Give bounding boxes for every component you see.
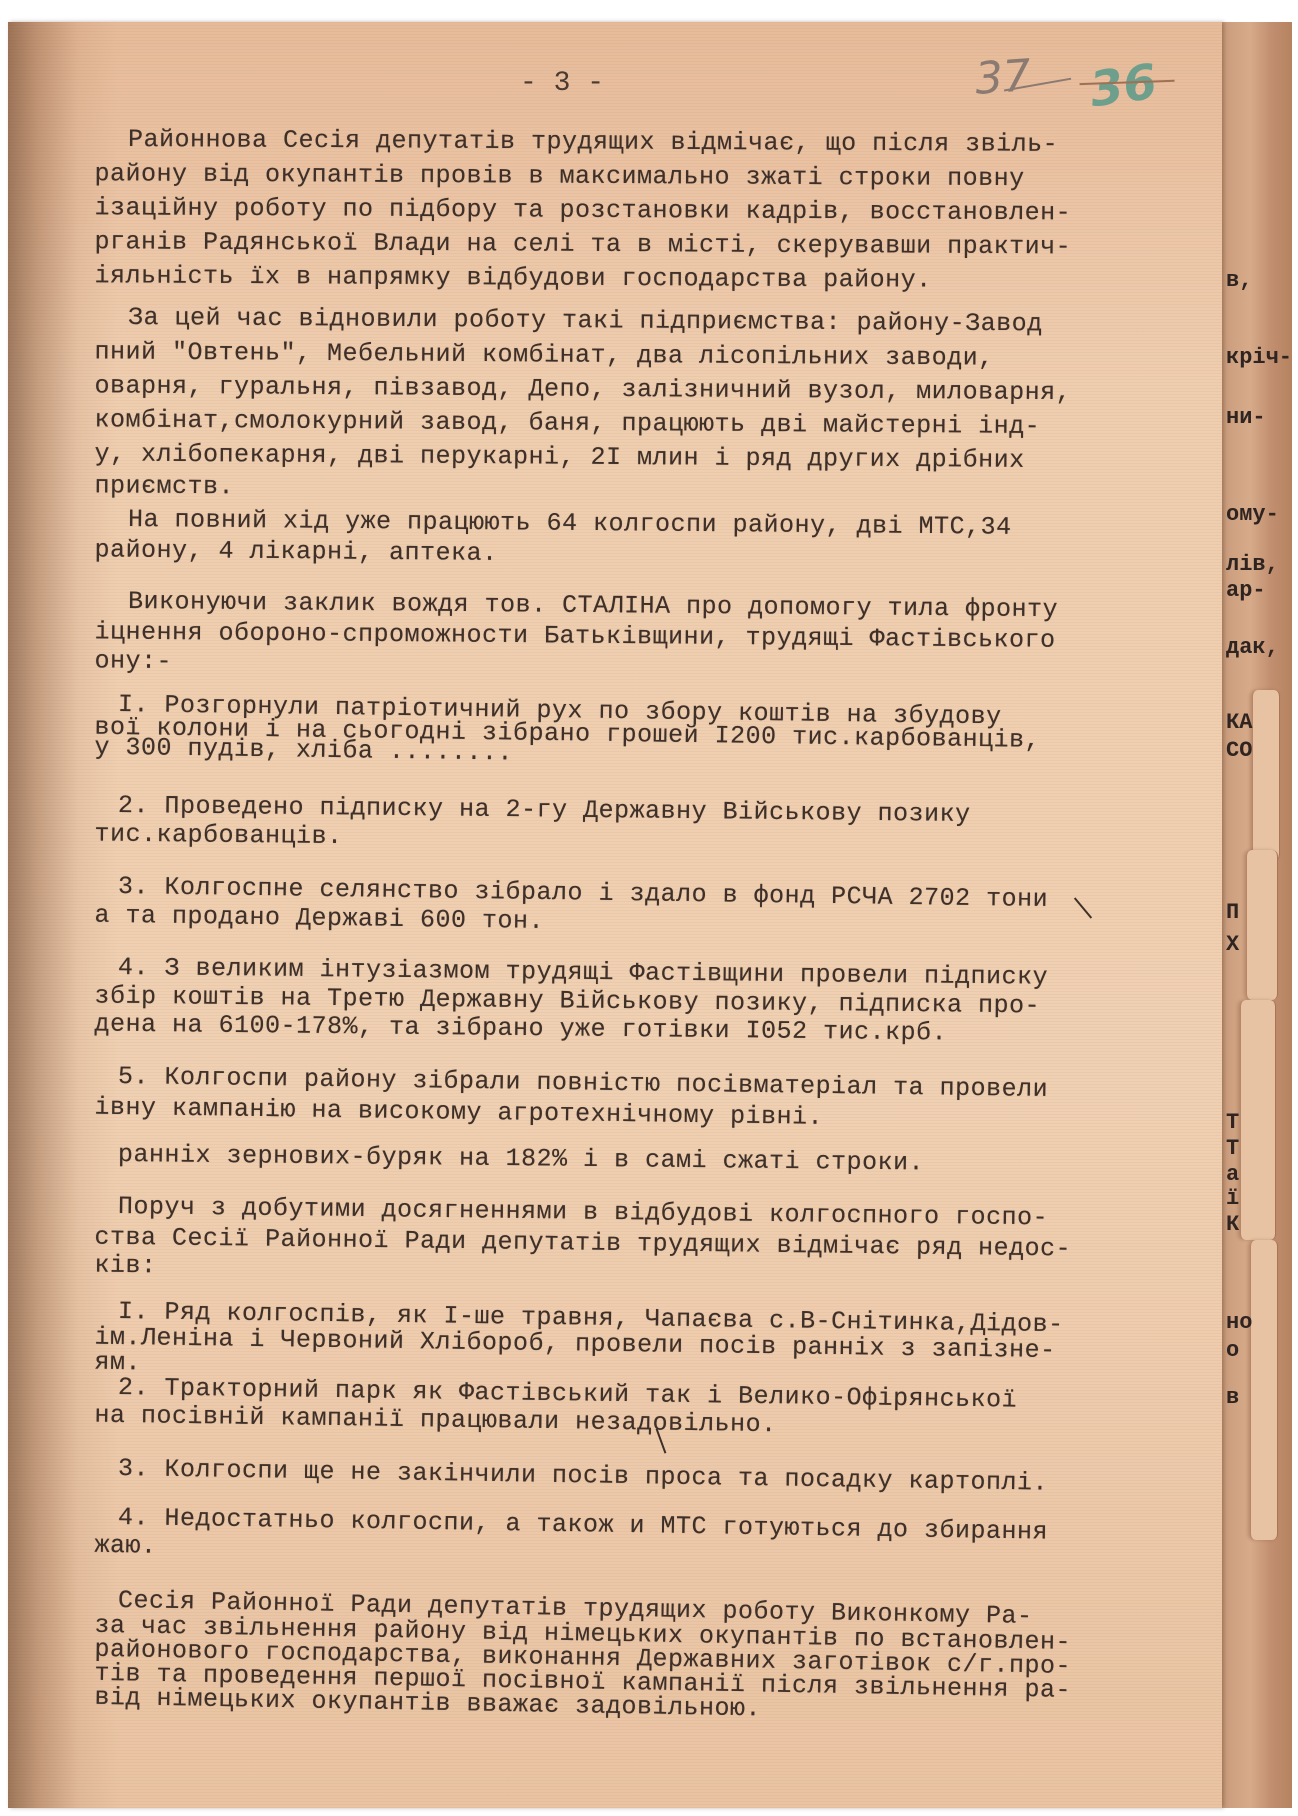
margin-fragment: лів, xyxy=(1226,552,1279,577)
torn-page-fold xyxy=(1246,850,1278,1000)
margin-fragment: К xyxy=(1226,1212,1239,1237)
text-line: жаю. xyxy=(48,1530,157,1561)
margin-fragment: Т xyxy=(1226,1136,1239,1161)
margin-fragment: ар- xyxy=(1226,578,1266,603)
text-line: Районнова Сесія депутатів трудящих відмі… xyxy=(128,125,1058,159)
margin-fragment: но xyxy=(1226,1310,1252,1335)
margin-fragment: в xyxy=(1226,1385,1239,1410)
text-line: іяльність їх в напрямку відбудови господ… xyxy=(48,261,932,295)
text-line: тис.карбованців. xyxy=(48,819,343,851)
margin-fragment: дак, xyxy=(1226,635,1279,660)
margin-fragment: КА xyxy=(1226,710,1252,735)
margin-fragment: СО xyxy=(1226,738,1252,763)
torn-page-fold xyxy=(1250,1240,1278,1540)
margin-fragment: ни- xyxy=(1226,405,1266,430)
text-line: району, 4 лікарні, аптека. xyxy=(48,535,498,568)
margin-fragment: а xyxy=(1226,1162,1239,1187)
margin-fragment: ї xyxy=(1226,1186,1239,1211)
torn-page-fold xyxy=(1252,690,1280,860)
margin-fragment: Х xyxy=(1226,932,1239,957)
margin-fragment: Т xyxy=(1226,1110,1239,1135)
folio-number-stamp: 36 xyxy=(1086,54,1160,119)
text-line: приємств. xyxy=(48,471,234,501)
margin-fragment: в, xyxy=(1226,268,1252,293)
text-line: рганів Радянської Влади на селі та в міс… xyxy=(48,227,1071,261)
text-line: ізаційну роботу по підбору та розстановк… xyxy=(48,193,1071,227)
torn-page-fold xyxy=(1240,1000,1276,1240)
margin-fragment: ому- xyxy=(1226,502,1279,527)
folio-number-crossed: 37 xyxy=(973,50,1032,105)
text-line: району від окупантів провів в максимальн… xyxy=(48,159,1025,193)
text-line: ону:- xyxy=(48,646,172,676)
margin-fragment: о xyxy=(1226,1338,1239,1363)
page-number: - 3 - xyxy=(520,68,604,99)
margin-fragment: П xyxy=(1226,900,1239,925)
margin-fragment: кріч- xyxy=(1226,345,1292,370)
text-line: ків: xyxy=(48,1250,157,1280)
